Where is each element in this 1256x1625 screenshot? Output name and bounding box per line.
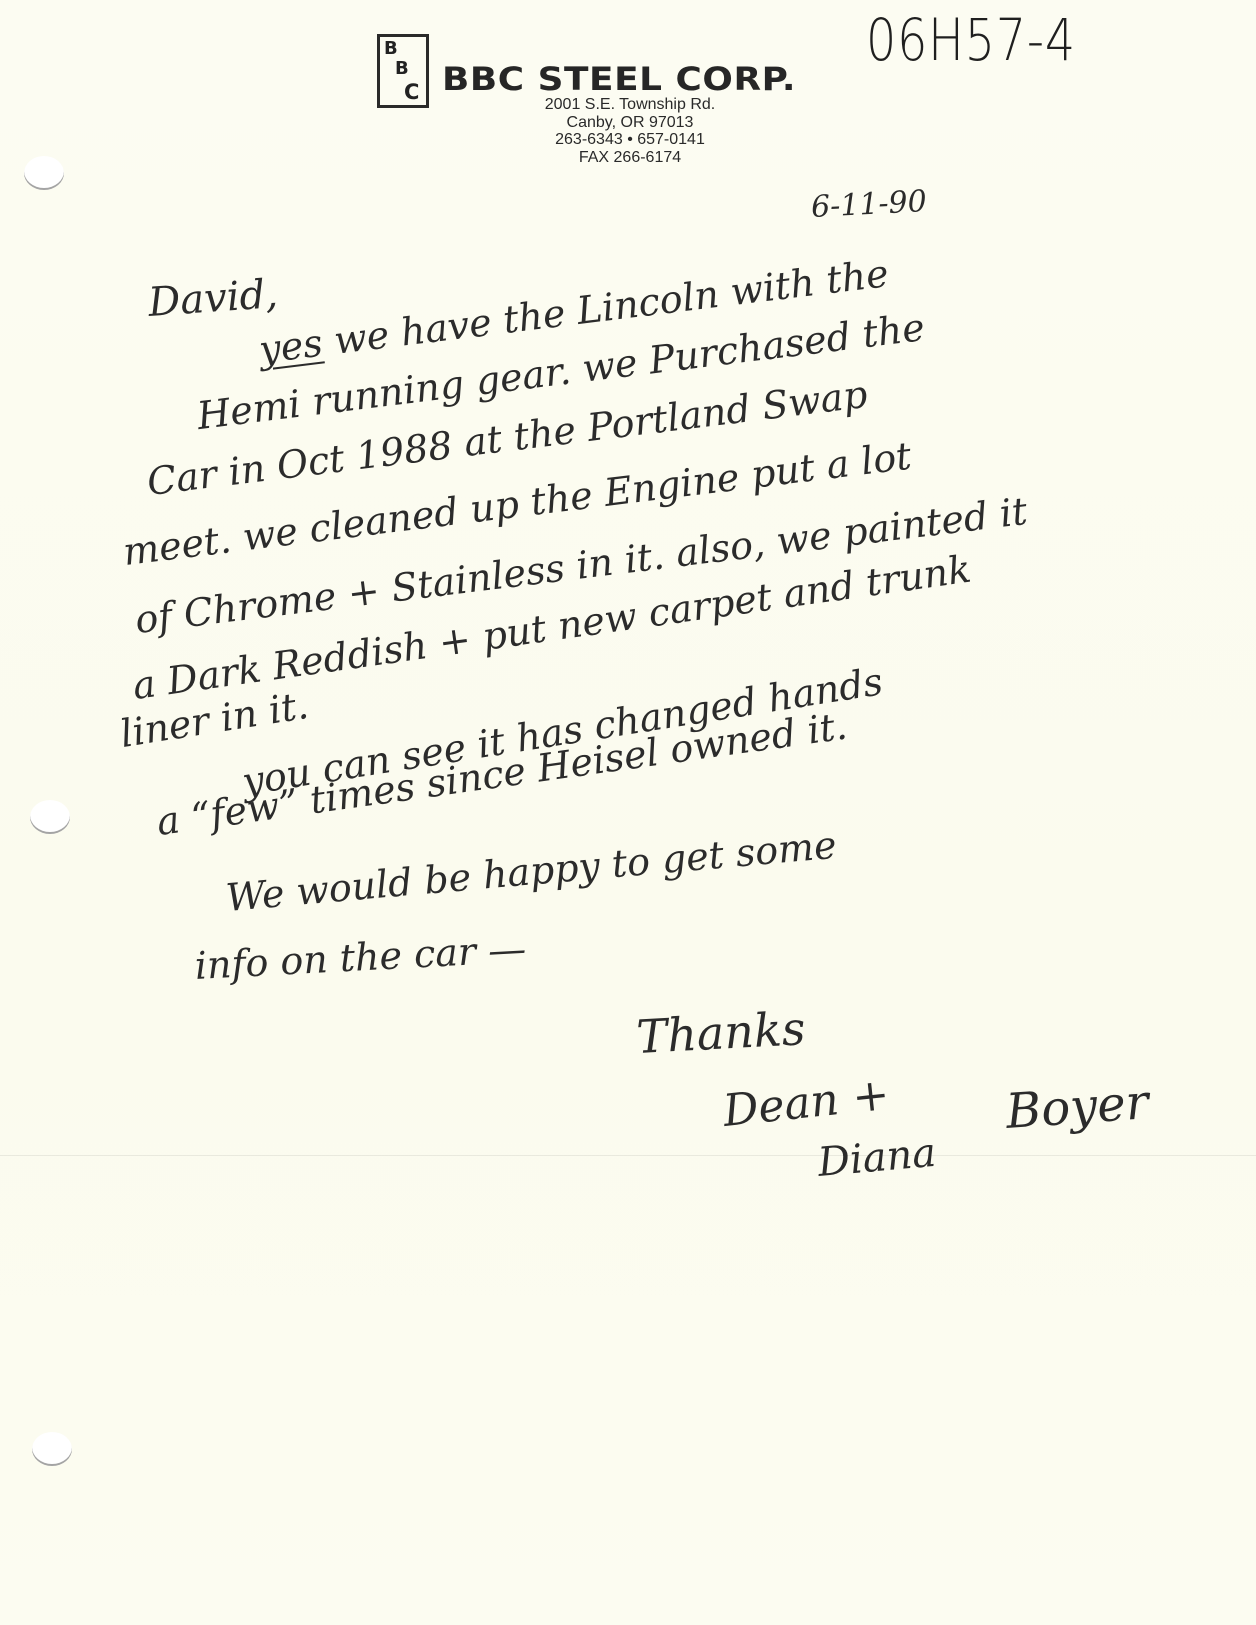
body-line: We would be happy to get some	[224, 823, 838, 920]
body-line: info on the car —	[194, 927, 527, 988]
closing: Thanks	[635, 1001, 806, 1064]
logo-letter: B	[395, 60, 409, 78]
signature-first-names: Dean +	[721, 1069, 892, 1137]
punch-hole	[30, 800, 70, 834]
salutation: David,	[147, 271, 280, 326]
address-city: Canby, OR 97013	[500, 114, 760, 132]
company-logo: B B C	[377, 34, 429, 108]
company-name: BBC STEEL CORP.	[442, 60, 796, 98]
letter-page: B B C BBC STEEL CORP. 2001 S.E. Township…	[0, 0, 1256, 1625]
fold-line	[0, 1155, 1256, 1156]
address-street: 2001 S.E. Township Rd.	[500, 96, 760, 114]
company-address: 2001 S.E. Township Rd. Canby, OR 97013 2…	[500, 96, 760, 166]
signature-surname: Boyer	[1004, 1074, 1150, 1140]
phone-numbers: 263-6343 • 657-0141	[500, 131, 760, 149]
signature-second-name: Diana	[816, 1130, 938, 1186]
emphasized-word: yes	[257, 321, 325, 372]
letter-date: 6-11-90	[810, 184, 927, 225]
punch-hole	[32, 1432, 72, 1466]
punch-hole	[24, 156, 64, 190]
file-code-annotation: 06H57-4	[866, 6, 1076, 74]
fax-number: FAX 266-6174	[500, 149, 760, 167]
logo-letter: C	[404, 82, 419, 103]
logo-letter: B	[384, 40, 398, 58]
